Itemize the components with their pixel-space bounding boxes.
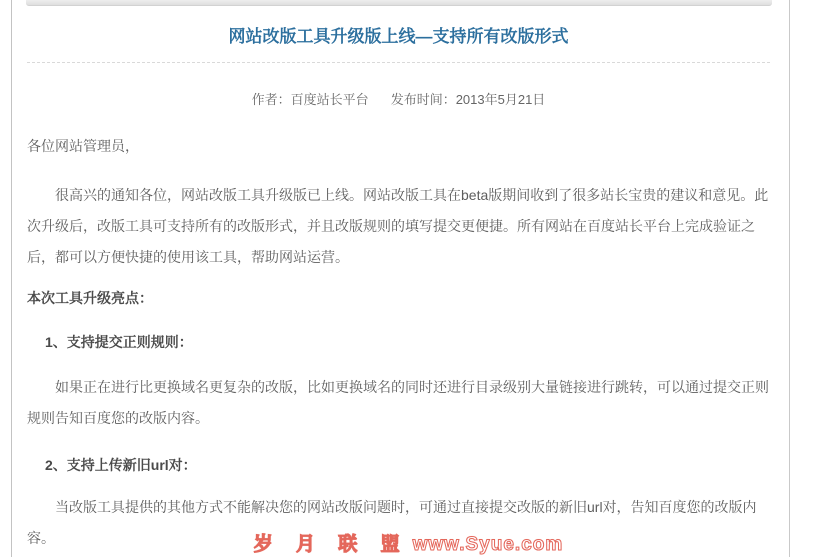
- section-1-body: 如果正在进行比更换域名更复杂的改版，比如更换域名的同时还进行目录级别大量链接进行…: [27, 372, 770, 434]
- highlights-heading: 本次工具升级亮点：: [27, 288, 770, 308]
- page-title: 网站改版工具升级版上线—支持所有改版形式: [27, 27, 770, 47]
- section-2-heading: 2、支持上传新旧url对：: [27, 455, 770, 475]
- article-meta: 作者：百度站长平台发布时间：2013年5月21日: [27, 91, 770, 108]
- author-text: 作者：百度站长平台: [252, 92, 369, 107]
- right-border-line: [789, 0, 790, 557]
- section-1-heading: 1、支持提交正则规则：: [27, 332, 770, 352]
- publish-time-text: 发布时间：2013年5月21日: [391, 92, 546, 107]
- left-border-line: [11, 0, 12, 557]
- page-frame: 网站改版工具升级版上线—支持所有改版形式 作者：百度站长平台发布时间：2013年…: [0, 0, 817, 557]
- watermark: 岁 月 联 盟www.Syue.com: [254, 529, 564, 556]
- intro-paragraph: 很高兴的通知各位，网站改版工具升级版已上线。网站改版工具在beta版期间收到了很…: [27, 180, 770, 273]
- watermark-url: www.Syue.com: [413, 534, 564, 555]
- watermark-site-name: 岁 月 联 盟: [254, 534, 409, 555]
- article-content: 网站改版工具升级版上线—支持所有改版形式 作者：百度站长平台发布时间：2013年…: [27, 0, 770, 554]
- greeting-paragraph: 各位网站管理员，: [27, 136, 770, 156]
- dashed-divider: [27, 62, 770, 63]
